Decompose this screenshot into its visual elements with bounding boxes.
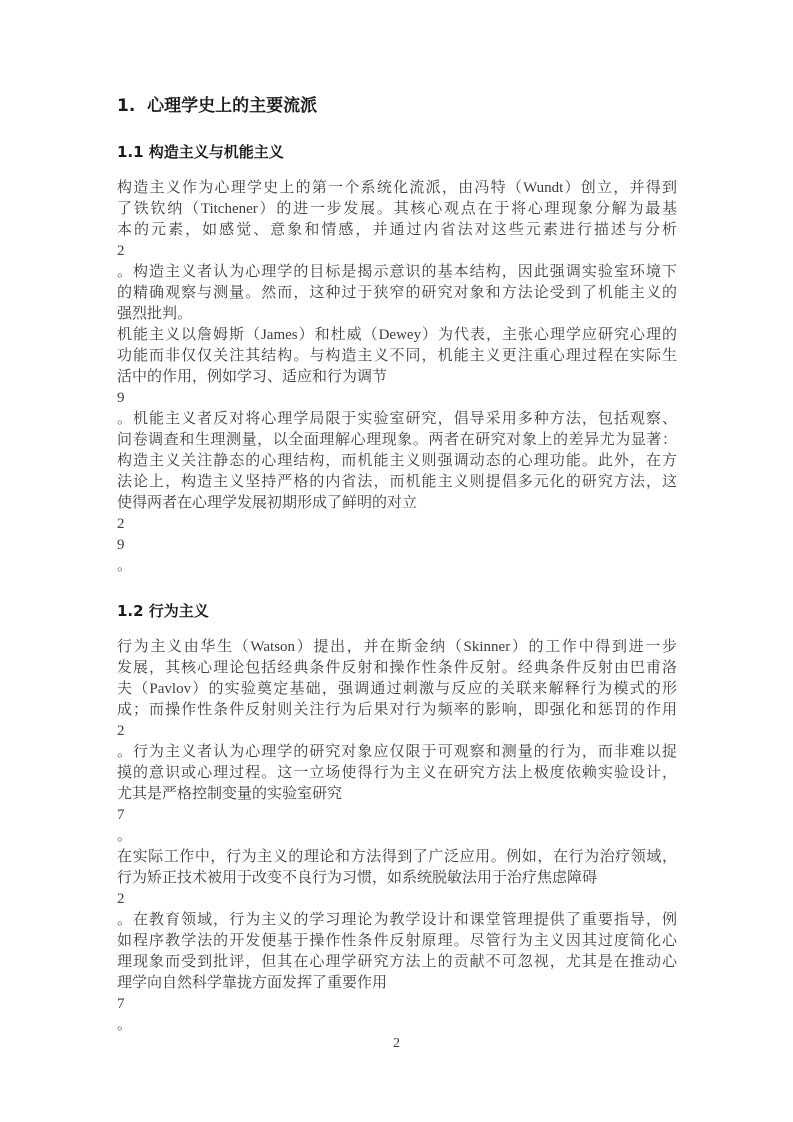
text-line: 的精确观察与测量。然而，这种过于狭窄的研究对象和方法论受到了机能主义的: [117, 283, 677, 304]
text-line: 功能而非仅仅关注其结构。与构造主义不同，机能主义更注重心理过程在实际生: [117, 346, 677, 367]
text-line: 9: [117, 535, 677, 556]
text-line: 本的元素，如感觉、意象和情感，并通过内省法对这些元素进行描述与分析: [117, 220, 677, 241]
text-line: 。: [117, 1015, 677, 1036]
document-body: 1.1 构造主义与机能主义构造主义作为心理学史上的第一个系统化流派，由冯特（Wu…: [117, 142, 677, 1036]
page-number: 2: [0, 1034, 793, 1054]
section-heading: 1.1 构造主义与机能主义: [117, 142, 677, 162]
document-title: 1. 心理学史上的主要流派: [117, 94, 677, 118]
text-line: 2: [117, 889, 677, 910]
text-line: 摸的意识或心理过程。这一立场使得行为主义在研究方法上极度依赖实验设计，: [117, 763, 677, 784]
text-line: 尤其是严格控制变量的实验室研究: [117, 784, 677, 805]
text-line: 问卷调查和生理测量，以全面理解心理现象。两者在研究对象上的差异尤为显著：: [117, 430, 677, 451]
text-line: 行为主义由华生（Watson）提出，并在斯金纳（Skinner）的工作中得到进一…: [117, 637, 677, 658]
text-line: 。: [117, 826, 677, 847]
text-line: 。: [117, 556, 677, 577]
text-line: 理现象而受到批评，但其在心理学研究方法上的贡献不可忽视，尤其是在推动心: [117, 952, 677, 973]
text-line: 9: [117, 388, 677, 409]
text-line: 发展，其核心理论包括经典条件反射和操作性条件反射。经典条件反射由巴甫洛: [117, 658, 677, 679]
document-page: 1. 心理学史上的主要流派 1.1 构造主义与机能主义构造主义作为心理学史上的第…: [0, 0, 793, 1122]
text-line: 7: [117, 805, 677, 826]
text-line: 行为矫正技术被用于改变不良行为习惯，如系统脱敏法用于治疗焦虑障碍: [117, 868, 677, 889]
text-line: 夫（Pavlov）的实验奠定基础，强调通过刺激与反应的关联来解释行为模式的形: [117, 679, 677, 700]
text-line: 使得两者在心理学发展初期形成了鲜明的对立: [117, 493, 677, 514]
text-line: 在实际工作中，行为主义的理论和方法得到了广泛应用。例如，在行为治疗领域，: [117, 847, 677, 868]
text-line: 理学向自然科学靠拢方面发挥了重要作用: [117, 973, 677, 994]
text-line: 了铁钦纳（Titchener）的进一步发展。其核心观点在于将心理现象分解为最基: [117, 199, 677, 220]
text-line: 。机能主义者反对将心理学局限于实验室研究，倡导采用多种方法，包括观察、: [117, 409, 677, 430]
text-line: 如程序教学法的开发便基于操作性条件反射原理。尽管行为主义因其过度简化心: [117, 931, 677, 952]
text-line: 2: [117, 514, 677, 535]
text-line: 。构造主义者认为心理学的目标是揭示意识的基本结构，因此强调实验室环境下: [117, 262, 677, 283]
text-line: 成；而操作性条件反射则关注行为后果对行为频率的影响，即强化和惩罚的作用: [117, 700, 677, 721]
text-line: 构造主义作为心理学史上的第一个系统化流派，由冯特（Wundt）创立，并得到: [117, 178, 677, 199]
text-line: 。在教育领域，行为主义的学习理论为教学设计和课堂管理提供了重要指导，例: [117, 910, 677, 931]
text-line: 。行为主义者认为心理学的研究对象应仅限于可观察和测量的行为，而非难以捉: [117, 742, 677, 763]
text-line: 构造主义关注静态的心理结构，而机能主义则强调动态的心理功能。此外，在方: [117, 451, 677, 472]
text-line: 7: [117, 994, 677, 1015]
text-line: 2: [117, 241, 677, 262]
text-line: 法论上，构造主义坚持严格的内省法，而机能主义则提倡多元化的研究方法，这: [117, 472, 677, 493]
text-line: 机能主义以詹姆斯（James）和杜威（Dewey）为代表，主张心理学应研究心理的: [117, 325, 677, 346]
text-line: 2: [117, 721, 677, 742]
text-line: 活中的作用，例如学习、适应和行为调节: [117, 367, 677, 388]
text-line: 强烈批判。: [117, 304, 677, 325]
section-heading: 1.2 行为主义: [117, 601, 677, 621]
